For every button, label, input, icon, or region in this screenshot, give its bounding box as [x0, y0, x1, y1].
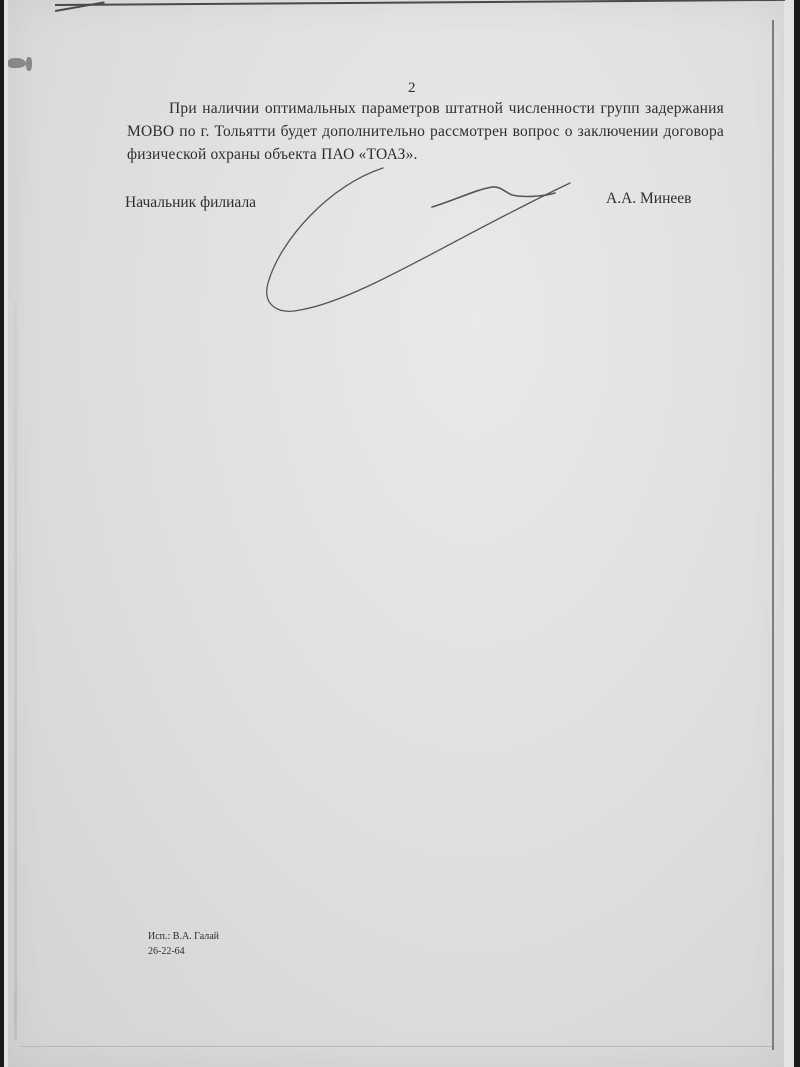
page-left-edge — [14, 300, 17, 1040]
executor-phone: 26-22-64 — [148, 944, 219, 959]
page-right-edge — [772, 20, 774, 1050]
ink-smudge — [8, 58, 26, 68]
signer-name: А.А. Минеев — [606, 190, 691, 208]
executor-name: Исп.: В.А. Галай — [148, 929, 219, 944]
executor-note: Исп.: В.А. Галай 26-22-64 — [148, 929, 219, 959]
page-number: 2 — [408, 80, 416, 97]
page-bottom-edge — [20, 1046, 772, 1047]
body-paragraph: При наличии оптимальных параметров штатн… — [127, 97, 724, 166]
signer-position: Начальник филиала — [125, 194, 256, 212]
ink-smudge — [26, 57, 32, 71]
photo-scene: 2 При наличии оптимальных параметров шта… — [0, 0, 800, 1067]
